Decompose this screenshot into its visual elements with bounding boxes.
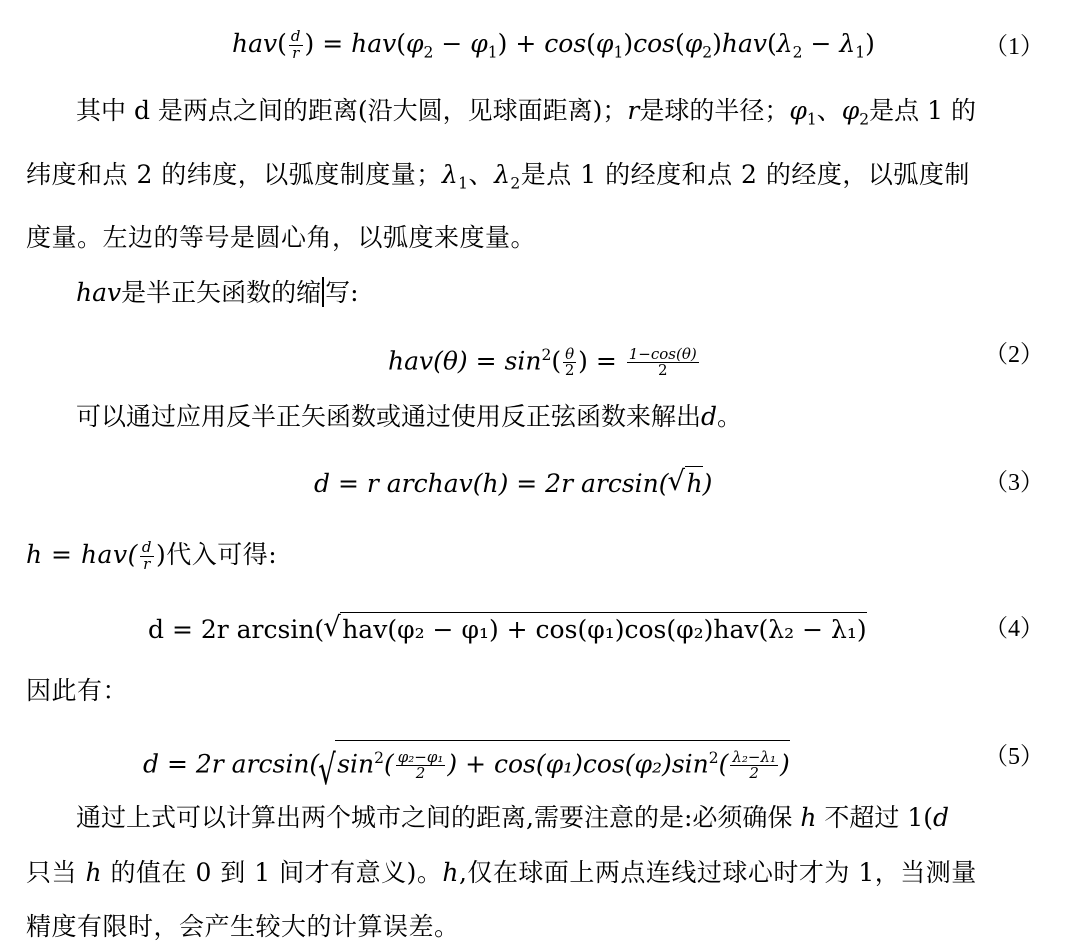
- text-cursor: [322, 277, 324, 307]
- sqrt: sin2(φ₂−φ₁2) + cos(φ₁)cos(φ₂)sin2(λ₂−λ₁2…: [335, 740, 790, 782]
- equation-number-3: （3）: [964, 466, 1044, 500]
- equation-5: d = 2r arcsin(sin2(φ₂−φ₁2) + cos(φ₁)cos(…: [143, 740, 790, 782]
- text: 其中 d 是两点之间的距离(沿大圆，见球面距离)；: [76, 96, 627, 125]
- lambda: λ: [442, 160, 458, 189]
- sub: 1: [458, 174, 468, 192]
- frac-theta-over-2: θ2: [563, 347, 576, 380]
- var-d: d: [701, 402, 717, 431]
- eq1-hav: hav: [232, 29, 277, 58]
- frac-lambda-diff: λ₂−λ₁2: [730, 750, 778, 783]
- text: 因此有：: [26, 676, 128, 705]
- sub: 2: [793, 43, 803, 61]
- sub: 2: [510, 174, 520, 192]
- plus: +: [507, 29, 544, 58]
- text: 是半正矢函数的缩: [121, 278, 321, 307]
- text: 纬度和点 2 的纬度，以弧度制度量；: [26, 160, 442, 189]
- eq5-prefix: d = 2r arcsin(: [143, 749, 319, 778]
- hav: hav: [351, 29, 396, 58]
- paragraph-6-line-1: 通过上式可以计算出两个城市之间的距离,需要注意的是:必须确保 h 不超过 1(d: [76, 801, 1070, 835]
- equals: =: [314, 29, 351, 58]
- equation-2: hav(θ) = sin2(θ2) = 1−cos(θ)2: [388, 338, 701, 379]
- equation-number-2: （2）: [964, 338, 1044, 372]
- sup: 2: [374, 749, 384, 767]
- var-h: h: [800, 803, 816, 832]
- hav: hav(: [81, 540, 138, 569]
- paragraph-1-line-3: 度量。左边的等号是圆心角，以弧度来度量。: [26, 221, 1056, 255]
- sin: sin: [672, 749, 709, 778]
- frac-phi-diff: φ₂−φ₁2: [396, 750, 446, 783]
- paragraph-6-line-3: 精度有限时，会产生较大的计算误差。: [26, 910, 1056, 944]
- text: 。: [717, 402, 742, 431]
- text: 是球的半径；: [639, 96, 789, 125]
- paren: ): [780, 749, 790, 778]
- phi: φ: [685, 29, 703, 58]
- paren: ): [305, 29, 315, 58]
- frac-den: 2: [627, 363, 699, 379]
- text: )代入可得:: [156, 540, 277, 569]
- equation-number-5: （5）: [964, 740, 1044, 774]
- paragraph-2: hav是半正矢函数的缩写:: [76, 276, 1070, 310]
- var-h: h: [442, 858, 459, 887]
- hav: hav: [722, 29, 767, 58]
- equation-3: d = r archav(h) = 2r arcsin(h): [314, 466, 712, 501]
- text: ,仅在球面上两点连线过球心时才为 1，当测量: [459, 858, 977, 887]
- sin: sin: [505, 346, 542, 375]
- phi: φ: [789, 96, 807, 125]
- paren: (: [277, 29, 287, 58]
- phi: φ: [842, 96, 860, 125]
- equals: =: [588, 346, 625, 375]
- paragraph-4: h = hav(dr)代入可得:: [26, 538, 1056, 573]
- lambda: λ: [494, 160, 510, 189]
- sub: 2: [702, 43, 712, 61]
- paragraph-1-line-1: 其中 d 是两点之间的距离(沿大圆，见球面距离)；r是球的半径；φ1、φ2是点 …: [76, 94, 1070, 136]
- text: 不超过 1(: [816, 803, 933, 832]
- text: 可以通过应用反半正矢函数或通过使用反正弦函数来解出: [76, 402, 701, 431]
- text: 精度有限时，会产生较大的计算误差。: [26, 912, 460, 941]
- minus: −: [433, 29, 470, 58]
- sub: 2: [424, 43, 434, 61]
- text: 、: [817, 96, 842, 125]
- equals: =: [43, 540, 81, 569]
- sub: 1: [613, 43, 623, 61]
- lambda: λ: [777, 29, 793, 58]
- paragraph-5: 因此有：: [26, 674, 1056, 708]
- eq4-prefix: d = 2r arcsin(: [148, 615, 324, 644]
- text: 通过上式可以计算出两个城市之间的距离,需要注意的是:必须确保: [76, 803, 800, 832]
- text: 写:: [325, 278, 358, 307]
- paragraph-6-line-2: 只当 h 的值在 0 到 1 间才有意义)。h,仅在球面上两点连线过球心时才为 …: [26, 856, 1056, 890]
- sin: sin: [337, 749, 374, 778]
- var-h: h: [26, 540, 43, 569]
- frac-den: r: [289, 46, 303, 62]
- frac-d-over-r: dr: [140, 540, 154, 573]
- eq1-frac-d-over-r: dr: [289, 29, 303, 62]
- lhs: hav(θ): [388, 346, 468, 375]
- sup: 2: [709, 749, 719, 767]
- radicand: h: [687, 469, 703, 498]
- phi: φ: [596, 29, 614, 58]
- frac-den: 2: [563, 363, 576, 379]
- eq5-middle: ) + cos(φ₁)cos(φ₂): [447, 749, 671, 778]
- frac-den: r: [140, 557, 154, 573]
- var-r: r: [627, 96, 639, 125]
- hav: hav: [76, 278, 121, 307]
- text: 的值在 0 到 1 间才有意义)。: [102, 858, 442, 887]
- sub: 2: [859, 110, 869, 128]
- equation-number-4: （4）: [964, 612, 1044, 646]
- paragraph-1-line-2: 纬度和点 2 的纬度，以弧度制度量；λ1、λ2是点 1 的经度和点 2 的经度，…: [26, 158, 1056, 200]
- frac-den: 2: [730, 766, 778, 782]
- sqrt: hav(φ₂ − φ₁) + cos(φ₁)cos(φ₂)hav(λ₂ − λ₁…: [340, 612, 866, 647]
- var-d: d: [933, 803, 949, 832]
- lambda: λ: [839, 29, 855, 58]
- var-h: h: [85, 858, 102, 887]
- paragraph-3: 可以通过应用反半正矢函数或通过使用反正弦函数来解出d。: [76, 400, 1070, 434]
- paren: ): [703, 469, 713, 498]
- text: 是点 1 的: [869, 96, 976, 125]
- text: 是点 1 的经度和点 2 的经度，以弧度制: [521, 160, 970, 189]
- sub: 1: [488, 43, 498, 61]
- phi: φ: [470, 29, 488, 58]
- equation-number-1: （1）: [964, 30, 1044, 64]
- minus: −: [803, 29, 840, 58]
- cos: cos: [633, 29, 675, 58]
- equation-4: d = 2r arcsin(hav(φ₂ − φ₁) + cos(φ₁)cos(…: [148, 612, 867, 647]
- sqrt: h: [685, 466, 703, 501]
- text: 、: [469, 160, 495, 189]
- text: 度量。左边的等号是圆心角，以弧度来度量。: [26, 223, 536, 252]
- cos: cos: [544, 29, 586, 58]
- equals: =: [468, 346, 505, 375]
- frac-1-minus-cos: 1−cos(θ)2: [627, 347, 699, 380]
- frac-den: 2: [396, 766, 446, 782]
- sub: 1: [855, 43, 865, 61]
- sup: 2: [541, 346, 551, 364]
- radicand: hav(φ₂ − φ₁) + cos(φ₁)cos(φ₂)hav(λ₂ − λ₁…: [342, 615, 866, 644]
- eq3-text: d = r archav(h) = 2r arcsin(: [314, 469, 669, 498]
- phi: φ: [406, 29, 424, 58]
- equation-1: hav(dr) = hav(φ2 − φ1) + cos(φ1)cos(φ2)h…: [232, 27, 875, 69]
- text: 只当: [26, 858, 85, 887]
- sub: 1: [807, 110, 817, 128]
